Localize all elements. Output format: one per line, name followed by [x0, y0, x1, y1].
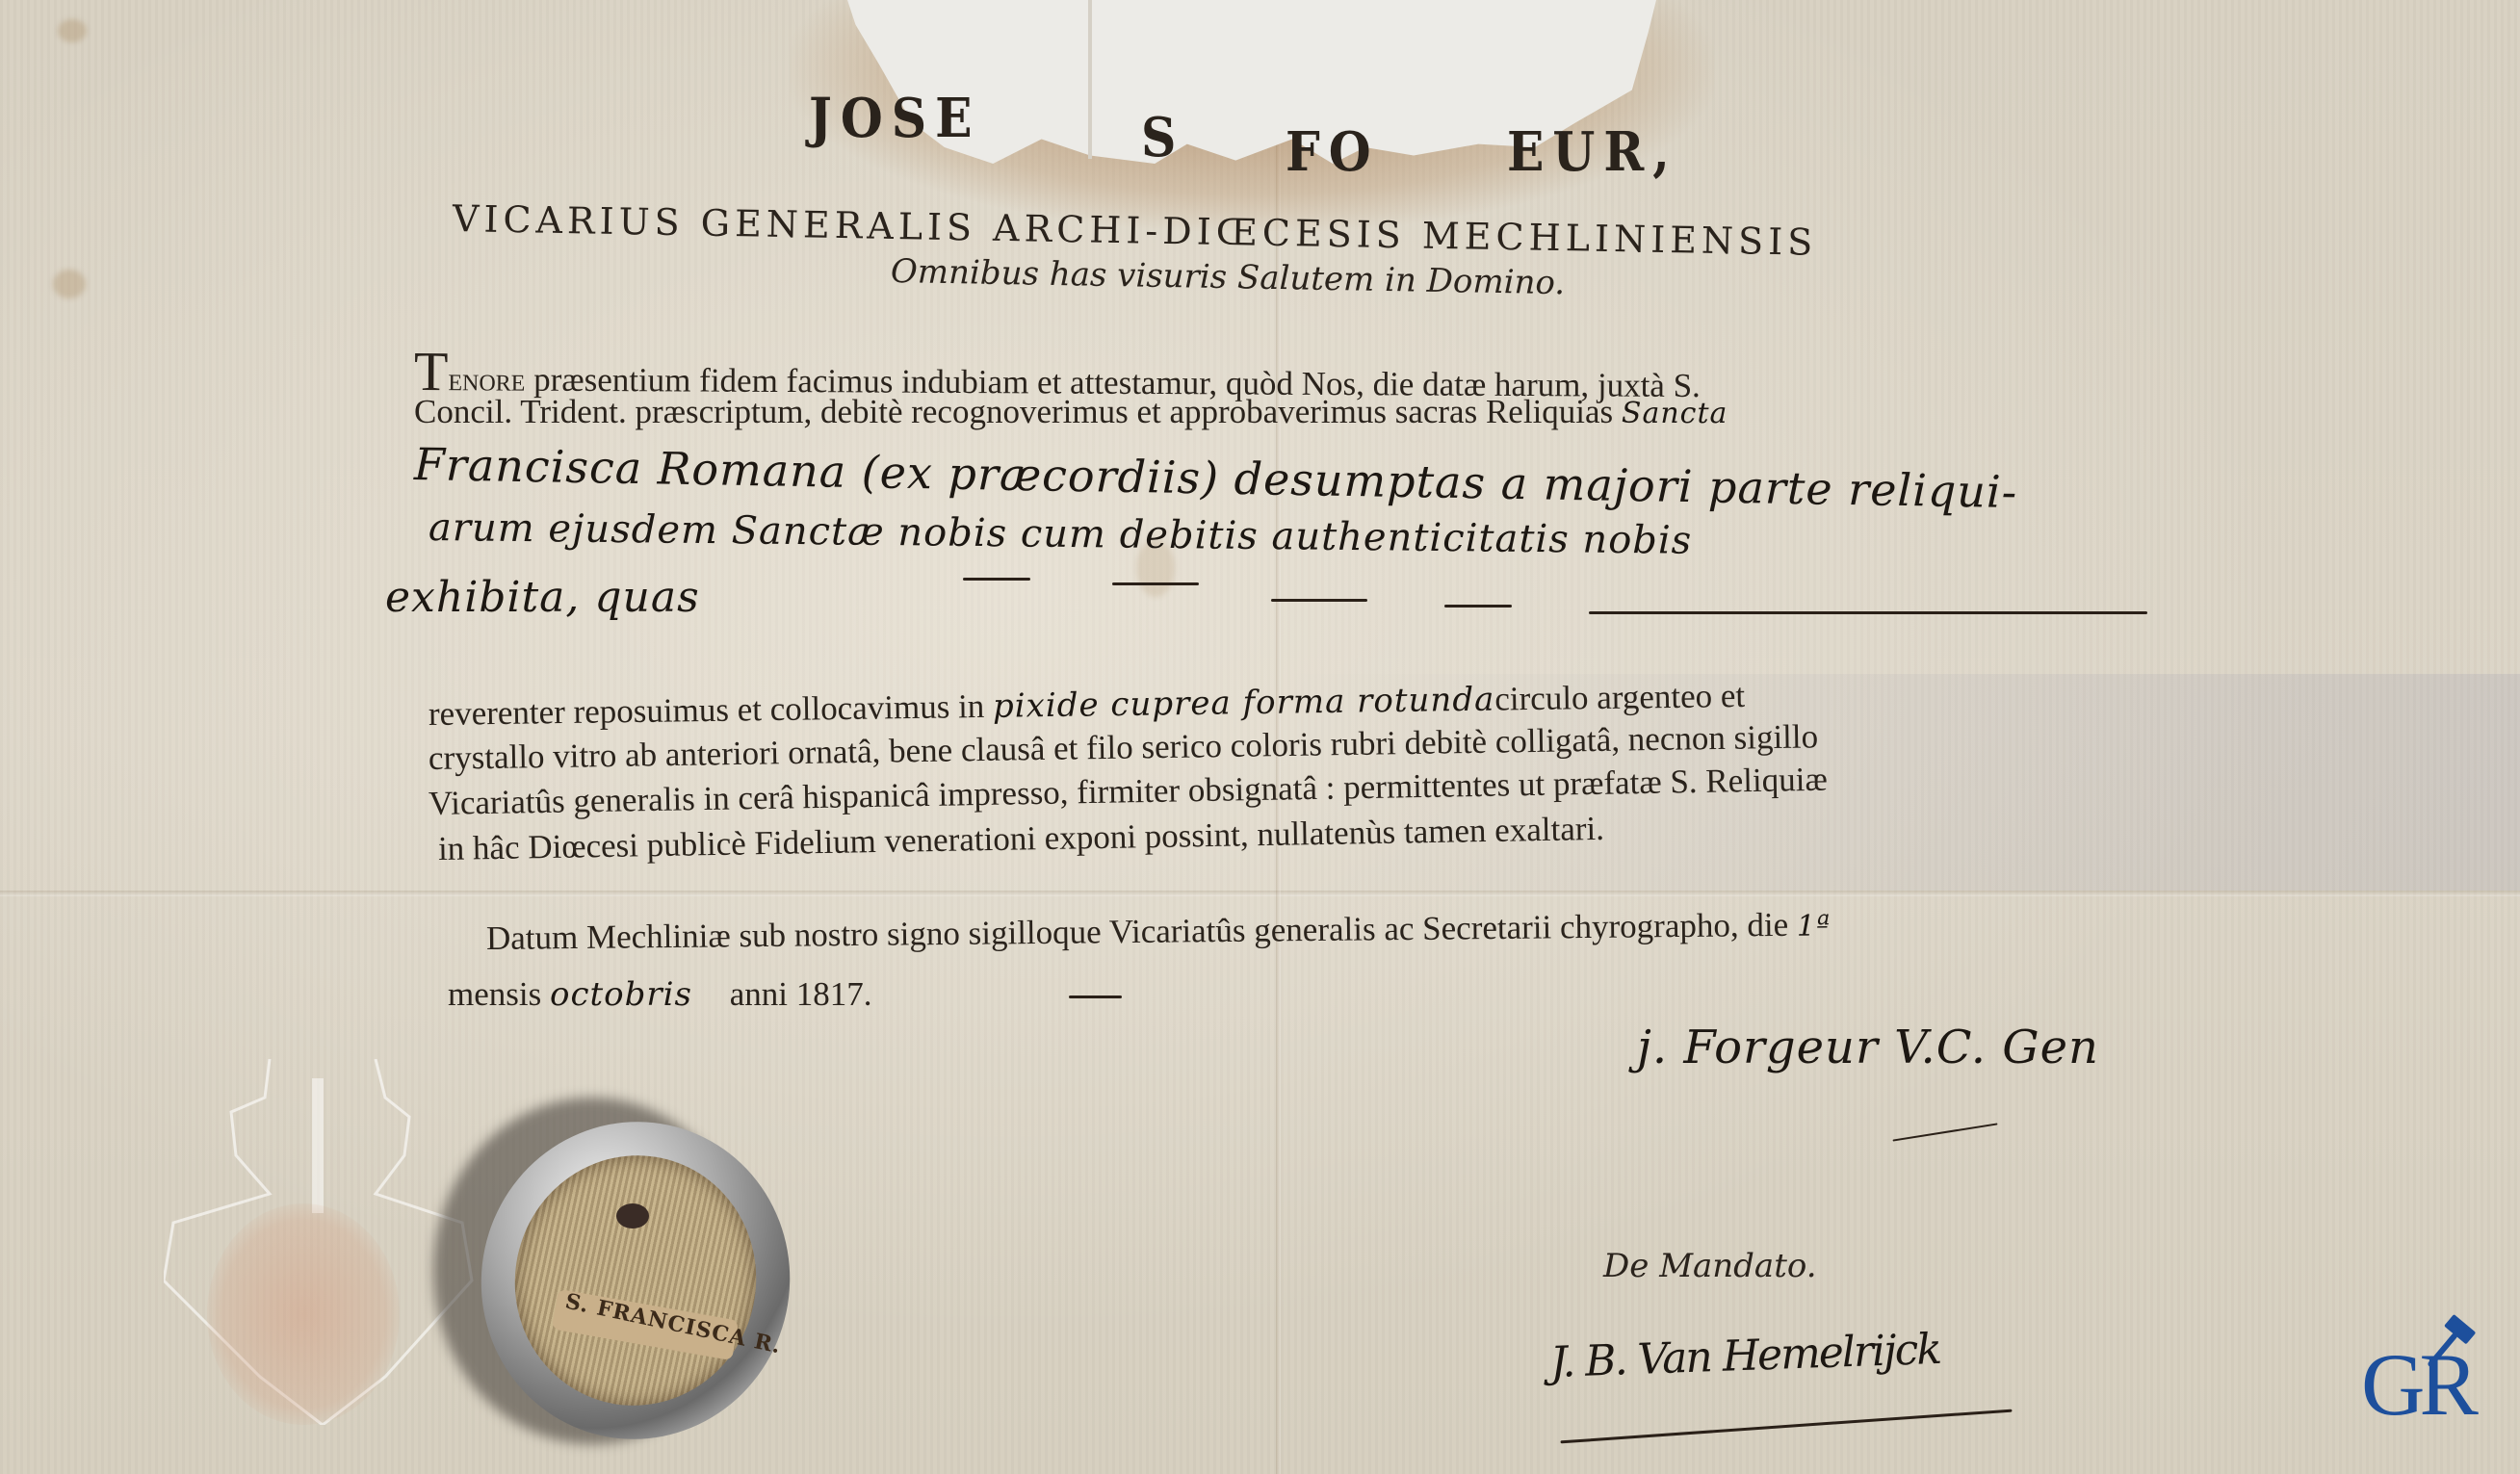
filler-dash [1589, 611, 2147, 614]
foxing-stain [58, 19, 87, 42]
title-fragment: S [1141, 106, 1184, 169]
line-text: Concil. Trident. præscriptum, debitè rec… [414, 393, 1613, 430]
gavel-icon [2417, 1314, 2484, 1382]
filler-dash [1069, 996, 1122, 998]
handwritten-text: pixide cuprea forma rotunda [993, 681, 1495, 726]
handwritten-line: exhibita, quas [385, 573, 700, 622]
relic-heart-icon [616, 1203, 649, 1228]
filler-dash [963, 578, 1030, 581]
line-text: reverenter reposuimus et collocavimus in [429, 687, 985, 733]
wax-seal [207, 1203, 400, 1425]
line-text: mensis [448, 975, 541, 1013]
paragraph1-line2: Concil. Trident. præscriptum, debitè rec… [414, 393, 1728, 431]
filler-dash [1271, 599, 1367, 602]
foxing-stain [53, 270, 86, 298]
filler-dash [1444, 605, 1512, 608]
title-fragment: FO [1286, 120, 1380, 184]
vicar-signature: j. Forgeur V.C. Gen [1637, 1021, 2099, 1074]
line-text: circulo argenteo et [1494, 677, 1745, 718]
title-fragment: JOSE [809, 87, 981, 150]
line-text: anni 1817. [730, 975, 872, 1013]
handwritten-text: Sancta [1622, 397, 1728, 430]
filler-dash [1112, 582, 1199, 585]
dating-line2: mensis octobris anni 1817. [448, 975, 871, 1014]
handwritten-day: 1ª [1797, 909, 1832, 943]
hole-paper-edge [1088, 0, 1092, 159]
title-fragment: EUR, [1507, 120, 1678, 184]
horizontal-fold [0, 891, 2520, 896]
handwritten-month: octobris [550, 975, 692, 1014]
de-mandato: De Mandato. [1603, 1247, 1817, 1285]
